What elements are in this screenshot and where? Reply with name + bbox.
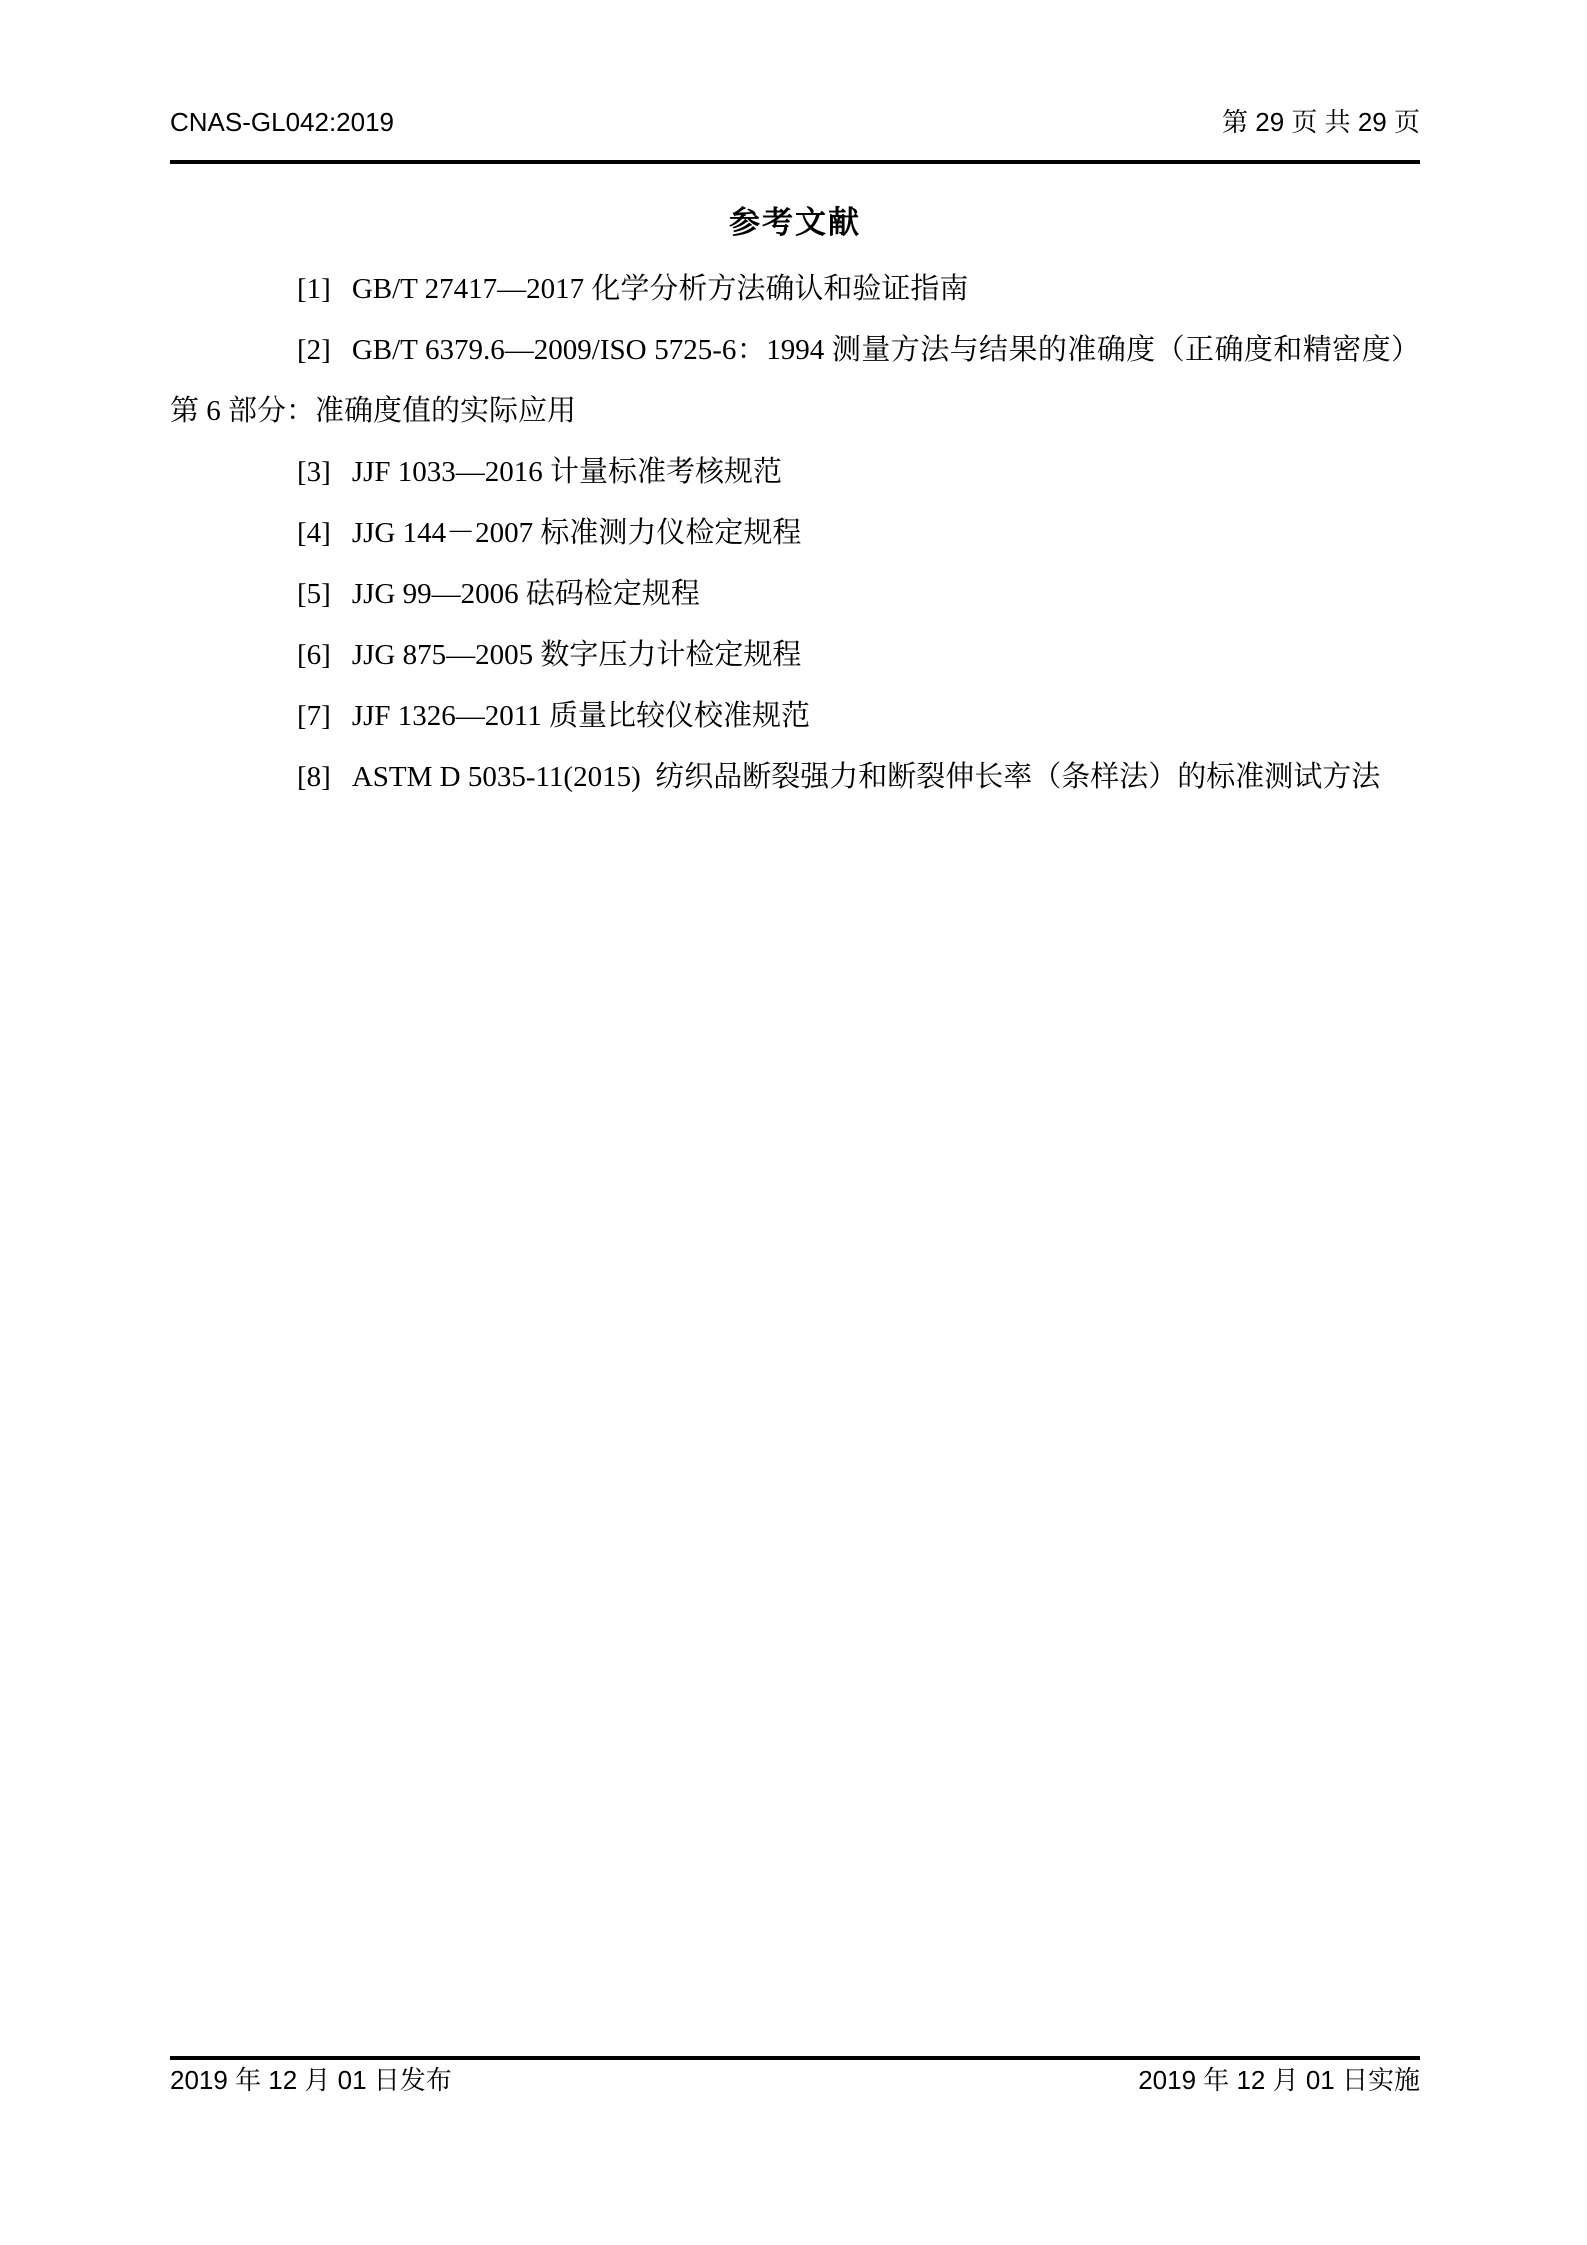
section-title: 参考文献 [170, 203, 1420, 243]
reference-number: [4] [297, 517, 331, 549]
reference-item: [1]GB/T 27417—2017 化学分析方法确认和验证指南 [170, 259, 1420, 320]
reference-number: [1] [297, 273, 331, 305]
reference-text: JJF 1326—2011 质量比较仪校准规范 [352, 700, 810, 732]
reference-number: [3] [297, 456, 331, 488]
page-footer: 2019 年 12 月 01 日发布 2019 年 12 月 01 日实施 [170, 2056, 1420, 2095]
reference-text: ASTM D 5035-11(2015) 纺织品断裂强力和断裂伸长率（条样法）的… [352, 761, 1380, 793]
reference-text: JJG 144－2007 标准测力仪检定规程 [352, 517, 802, 549]
references-section: 参考文献 [1]GB/T 27417—2017 化学分析方法确认和验证指南 [2… [170, 203, 1420, 808]
reference-item: [6]JJG 875—2005 数字压力计检定规程 [170, 625, 1420, 686]
reference-number: [5] [297, 578, 331, 610]
footer-implement-date: 2019 年 12 月 01 日实施 [1138, 2065, 1420, 2095]
reference-text: JJG 875—2005 数字压力计检定规程 [352, 639, 802, 671]
header-rule [170, 160, 1420, 164]
reference-text: JJF 1033—2016 计量标准考核规范 [352, 456, 782, 488]
reference-item: [4]JJG 144－2007 标准测力仪检定规程 [170, 503, 1420, 564]
header-page-info: 第 29 页 共 29 页 [1222, 108, 1420, 136]
document-page: CNAS-GL042:2019 第 29 页 共 29 页 参考文献 [1]GB… [0, 0, 1587, 2245]
reference-item: [8]ASTM D 5035-11(2015) 纺织品断裂强力和断裂伸长率（条样… [170, 747, 1420, 808]
reference-text: GB/T 27417—2017 化学分析方法确认和验证指南 [352, 273, 969, 305]
reference-item: [7]JJF 1326—2011 质量比较仪校准规范 [170, 686, 1420, 747]
footer-row: 2019 年 12 月 01 日发布 2019 年 12 月 01 日实施 [170, 2065, 1420, 2095]
reference-number: [8] [297, 761, 331, 793]
reference-number: [2] [297, 334, 331, 366]
footer-rule [170, 2056, 1420, 2060]
reference-number: [7] [297, 700, 331, 732]
footer-release-date: 2019 年 12 月 01 日发布 [170, 2065, 452, 2095]
reference-item: [3]JJF 1033—2016 计量标准考核规范 [170, 442, 1420, 503]
reference-number: [6] [297, 639, 331, 671]
reference-text: JJG 99—2006 砝码检定规程 [352, 578, 700, 610]
reference-text: GB/T 6379.6—2009/ISO 5725-6：1994 测量方法与结果… [170, 334, 1420, 427]
references-list: [1]GB/T 27417—2017 化学分析方法确认和验证指南 [2]GB/T… [170, 259, 1420, 808]
reference-item: [5]JJG 99—2006 砝码检定规程 [170, 564, 1420, 625]
reference-item: [2]GB/T 6379.6—2009/ISO 5725-6：1994 测量方法… [170, 320, 1420, 442]
page-header: CNAS-GL042:2019 第 29 页 共 29 页 [170, 0, 1420, 136]
header-doc-number: CNAS-GL042:2019 [170, 108, 394, 136]
